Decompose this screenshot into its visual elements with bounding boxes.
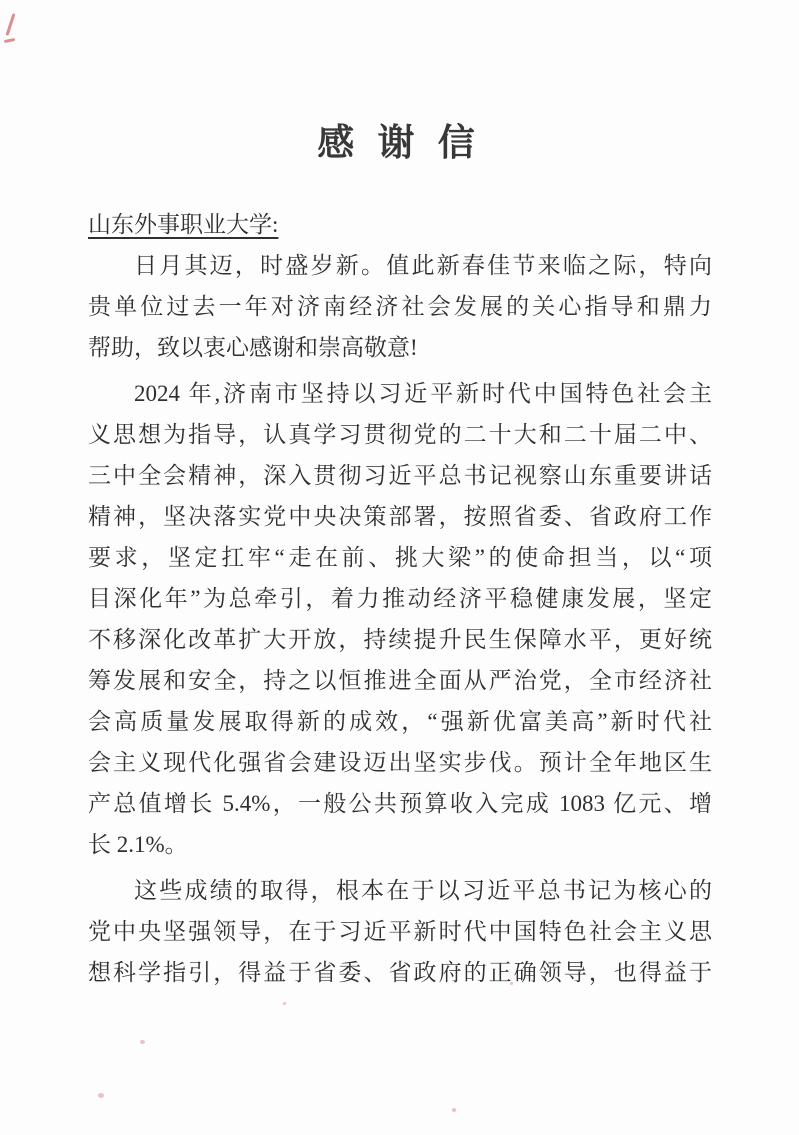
scanned-letter-page: 感 谢 信 山东外事职业大学: 日月其迈，时盛岁新。值此新春佳节来临之际，特向 … [0,0,799,1135]
letter-line: 不移深化改革扩大开放，持续提升民生保障水平，更好统 [88,619,712,660]
red-pen-scan-mark [6,13,16,36]
letter-line: 长 2.1%。 [88,824,712,865]
scan-speck [510,982,513,985]
letter-line: 2024 年,济南市坚持以习近平新时代中国特色社会主 [88,373,712,414]
letter-line: 贵单位过去一年对济南经济社会发展的关心指导和鼎力 [88,286,712,327]
scan-speck [140,1040,145,1044]
letter-paragraph: 2024 年,济南市坚持以习近平新时代中国特色社会主 义思想为指导，认真学习贯彻… [88,373,712,865]
letter-line: 党中央坚强领导，在于习近平新时代中国特色社会主义思 [88,911,712,952]
letter-line: 会高质量发展取得新的成效，“强新优富美高”新时代社 [88,701,712,742]
letter-line: 帮助，致以衷心感谢和崇高敬意! [88,327,712,368]
letter-line: 会主义现代化强省会建设迈出坚实步伐。预计全年地区生 [88,742,712,783]
letter-line: 目深化年”为总牵引，着力推动经济平稳健康发展，坚定 [88,578,712,619]
letter-salutation: 山东外事职业大学: [88,204,278,245]
letter-body: 山东外事职业大学: 日月其迈，时盛岁新。值此新春佳节来临之际，特向 贵单位过去一… [88,204,712,993]
letter-line: 想科学指引，得益于省委、省政府的正确领导，也得益于 [88,952,712,993]
letter-line: 精神，坚决落实党中央决策部署，按照省委、省政府工作 [88,496,712,537]
letter-line: 产总值增长 5.4%，一般公共预算收入完成 1083 亿元、增 [88,783,712,824]
letter-line: 三中全会精神，深入贯彻习近平总书记视察山东重要讲话 [88,455,712,496]
letter-paragraph: 这些成绩的取得，根本在于以习近平总书记为核心的 党中央坚强领导，在于习近平新时代… [88,870,712,993]
letter-line: 日月其迈，时盛岁新。值此新春佳节来临之际，特向 [88,245,712,286]
letter-line: 要求，坚定扛牢“走在前、挑大梁”的使命担当，以“项 [88,537,712,578]
red-pen-scan-mark [4,38,15,43]
scan-speck [452,1108,456,1112]
scan-speck [98,1093,104,1098]
letter-line: 义思想为指导，认真学习贯彻党的二十大和二十届二中、 [88,414,712,455]
letter-paragraph: 日月其迈，时盛岁新。值此新春佳节来临之际，特向 贵单位过去一年对济南经济社会发展… [88,245,712,368]
letter-title: 感 谢 信 [0,112,799,166]
scan-speck [283,1002,286,1005]
letter-line: 筹发展和安全，持之以恒推进全面从严治党，全市经济社 [88,660,712,701]
letter-line: 这些成绩的取得，根本在于以习近平总书记为核心的 [88,870,712,911]
letter-salutation-row: 山东外事职业大学: [88,204,712,245]
